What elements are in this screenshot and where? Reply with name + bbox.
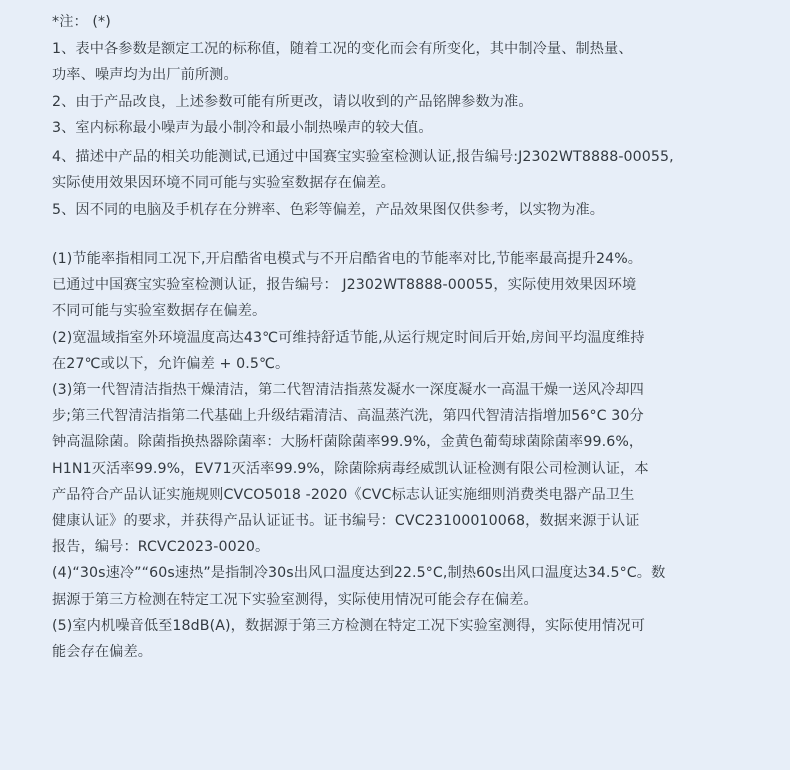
- notes-section: *注： (*) 1、表中各参数是额定工况的标称值，随着工况的变化而会有所变化，其…: [52, 9, 750, 223]
- note-line: 1、表中各参数是额定工况的标称值，随着工况的变化而会有所变化，其中制冷量、制热量…: [52, 36, 750, 63]
- footnote-line: 钟高温除菌。除菌指换热器除菌率：大肠杆菌除菌率99.9%，金黄色葡萄球菌除菌率9…: [52, 429, 750, 455]
- footnote-line: (4)“30s速冷”“60s速热”是指制冷30s出风口温度达到22.5°C,制热…: [52, 560, 750, 586]
- note-item-3: 3、室内标称最小噪声为最小制冷和最小制热噪声的较大值。: [52, 115, 750, 142]
- footnote-line: 在27℃或以下，允许偏差 + 0.5℃。: [52, 351, 750, 377]
- note-item-5: 5、因不同的电脑及手机存在分辨率、色彩等偏差，产品效果图仅供参考，以实物为准。: [52, 197, 750, 224]
- footnote-line: 据源于第三方检测在特定工况下实验室测得，实际使用情况可能会存在偏差。: [52, 587, 750, 613]
- footnote-line: (5)室内机噪音低至18dB(A)，数据源于第三方检测在特定工况下实验室测得，实…: [52, 613, 750, 639]
- footnote-line: 健康认证》的要求，并获得产品认证证书。证书编号：CVC23100010068，数…: [52, 508, 750, 534]
- disclaimer-page: *注： (*) 1、表中各参数是额定工况的标称值，随着工况的变化而会有所变化，其…: [0, 0, 790, 770]
- footnote-item-2: (2)宽温域指室外环境温度高达43℃可维持舒适节能,从运行规定时间后开始,房间平…: [52, 325, 750, 377]
- footnote-line: 报告，编号：RCVC2023-0020。: [52, 534, 750, 560]
- section-divider-space: [52, 223, 750, 246]
- footnote-line: (2)宽温域指室外环境温度高达43℃可维持舒适节能,从运行规定时间后开始,房间平…: [52, 325, 750, 351]
- footnote-line: H1N1灭活率99.9%，EV71灭活率99.9%，除菌除病毒经威凯认证检测有限…: [52, 456, 750, 482]
- footnote-item-5: (5)室内机噪音低至18dB(A)，数据源于第三方检测在特定工况下实验室测得，实…: [52, 613, 750, 665]
- footnote-line: 步;第三代智清洁指第二代基础上升级结霜清洁、高温蒸汽洗，第四代智清洁指增加56°…: [52, 403, 750, 429]
- note-item-1: 1、表中各参数是额定工况的标称值，随着工况的变化而会有所变化，其中制冷量、制热量…: [52, 36, 750, 89]
- note-line: 5、因不同的电脑及手机存在分辨率、色彩等偏差，产品效果图仅供参考，以实物为准。: [52, 197, 750, 224]
- footnote-item-3: (3)第一代智清洁指热干燥清洁，第二代智清洁指蒸发凝水一深度凝水一高温干燥一送风…: [52, 377, 750, 560]
- note-line: 4、描述中产品的相关功能测试,已通过中国赛宝实验室检测认证,报告编号:J2302…: [52, 144, 750, 171]
- note-line: 功率、噪声均为出厂前所测。: [52, 62, 750, 89]
- note-line: 实际使用效果因环境不同可能与实验室数据存在偏差。: [52, 170, 750, 197]
- note-line: 3、室内标称最小噪声为最小制冷和最小制热噪声的较大值。: [52, 115, 750, 142]
- footnote-line: 不同可能与实验室数据存在偏差。: [52, 298, 750, 324]
- footnote-item-1: (1)节能率指相同工况下,开启酷省电模式与不开启酷省电的节能率对比,节能率最高提…: [52, 246, 750, 325]
- footnote-line: (3)第一代智清洁指热干燥清洁，第二代智清洁指蒸发凝水一深度凝水一高温干燥一送风…: [52, 377, 750, 403]
- notes-title: *注： (*): [52, 9, 750, 36]
- footnote-line: 已通过中国赛宝实验室检测认证，报告编号： J2302WT8888-00055，实…: [52, 272, 750, 298]
- footnotes-section: (1)节能率指相同工况下,开启酷省电模式与不开启酷省电的节能率对比,节能率最高提…: [52, 246, 750, 665]
- note-item-4: 4、描述中产品的相关功能测试,已通过中国赛宝实验室检测认证,报告编号:J2302…: [52, 144, 750, 197]
- footnote-line: (1)节能率指相同工况下,开启酷省电模式与不开启酷省电的节能率对比,节能率最高提…: [52, 246, 750, 272]
- footnote-item-4: (4)“30s速冷”“60s速热”是指制冷30s出风口温度达到22.5°C,制热…: [52, 560, 750, 612]
- note-item-2: 2、由于产品改良，上述参数可能有所更改，请以收到的产品铭牌参数为准。: [52, 89, 750, 116]
- footnote-line: 能会存在偏差。: [52, 639, 750, 665]
- note-line: 2、由于产品改良，上述参数可能有所更改，请以收到的产品铭牌参数为准。: [52, 89, 750, 116]
- footnote-line: 产品符合产品认证实施规则CVCO5018 -2020《CVC标志认证实施细则消费…: [52, 482, 750, 508]
